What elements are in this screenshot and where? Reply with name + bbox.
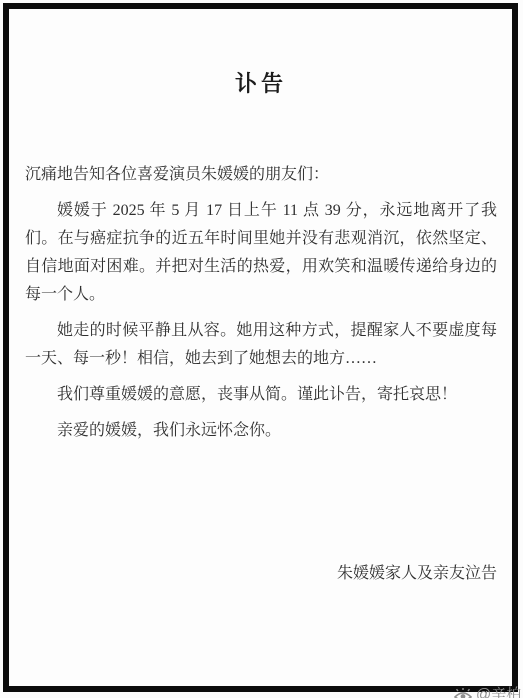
signature-line: 朱媛媛家人及亲友泣告 (25, 560, 497, 588)
notice-paragraph-3: 我们尊重媛媛的意愿，丧事从简。谨此讣告，寄托哀思！ (25, 381, 497, 409)
weibo-watermark: @辛柏晨 (454, 686, 523, 698)
obituary-photo-page: 讣告 沉痛地告知各位喜爱演员朱媛媛的朋友们： 媛媛于 2025 年 5 月 17… (0, 0, 523, 698)
notice-paragraph-4: 亲爱的媛媛，我们永远怀念你。 (25, 417, 497, 445)
watermark-handle: @辛柏晨 (476, 686, 523, 698)
salutation-line: 沉痛地告知各位喜爱演员朱媛媛的朋友们： (25, 161, 497, 189)
notice-paragraph-1: 媛媛于 2025 年 5 月 17 日上午 11 点 39 分，永远地离开了我们… (25, 197, 497, 309)
document-content: 讣告 沉痛地告知各位喜爱演员朱媛媛的朋友们： 媛媛于 2025 年 5 月 17… (9, 67, 512, 588)
weibo-eye-icon (454, 688, 472, 698)
notice-title: 讣告 (25, 67, 497, 101)
document-border-frame: 讣告 沉痛地告知各位喜爱演员朱媛媛的朋友们： 媛媛于 2025 年 5 月 17… (3, 3, 518, 692)
notice-paragraph-2: 她走的时候平静且从容。她用这种方式，提醒家人不要虚度每一天、每一秒！相信，她去到… (25, 317, 497, 373)
